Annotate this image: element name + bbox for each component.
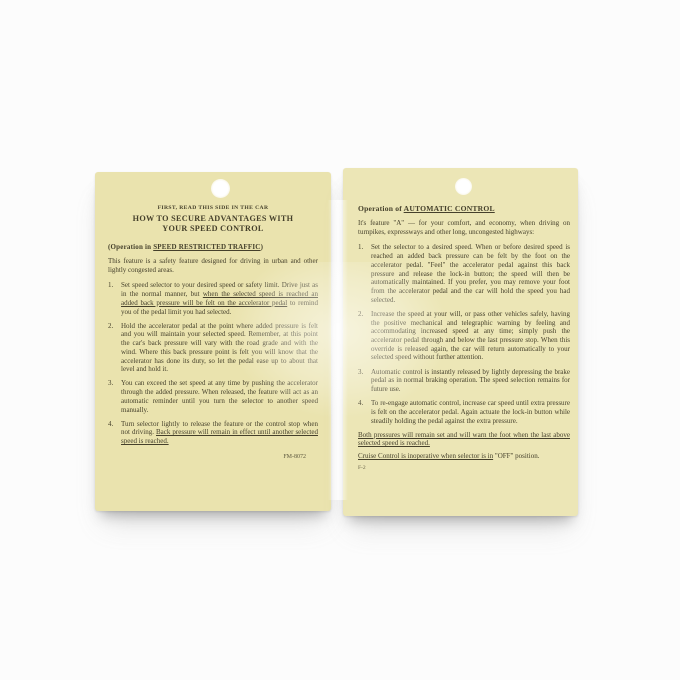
item-text-pre: To re-engage automatic control, increase… — [371, 399, 570, 424]
item-text: Increase the speed at your will, or pass… — [371, 310, 570, 362]
item-text: Turn selector lightly to release the fea… — [121, 420, 318, 446]
left-tag-title: HOW TO SECURE ADVANTAGES WITH YOUR SPEED… — [108, 214, 318, 234]
right-tag-content: Operation of AUTOMATIC CONTROL It's feat… — [343, 168, 578, 516]
right-title-caps: AUTOMATIC CONTROL — [404, 204, 495, 213]
list-item: 2. Increase the speed at your will, or p… — [358, 310, 570, 362]
item-text-pre: Hold the accelerator pedal at the point … — [121, 322, 318, 374]
list-item: 2. Hold the accelerator pedal at the poi… — [108, 322, 318, 374]
item-text: Set speed selector to your desired speed… — [121, 281, 318, 316]
item-number: 2. — [358, 310, 371, 362]
list-item: 3. You can exceed the set speed at any t… — [108, 379, 318, 414]
part-code: FM-8072 — [108, 454, 318, 460]
product-photo: FIRST, READ THIS SIDE IN THE CAR HOW TO … — [0, 0, 680, 680]
instruction-tag-left: FIRST, READ THIS SIDE IN THE CAR HOW TO … — [95, 172, 331, 511]
left-subtitle-suffix: ) — [261, 243, 264, 251]
item-number: 3. — [108, 379, 121, 414]
left-tag-top-line: FIRST, READ THIS SIDE IN THE CAR — [108, 205, 318, 211]
small-mark: F-2 — [358, 465, 570, 471]
item-text: Set the selector to a desired speed. Whe… — [371, 243, 570, 304]
item-number: 4. — [108, 420, 121, 446]
item-text-pre: Automatic control is instantly released … — [371, 368, 570, 393]
item-number: 1. — [358, 243, 371, 304]
item-text-pre: Increase the speed at your will, or pass… — [371, 310, 570, 362]
list-item: 1. Set speed selector to your desired sp… — [108, 281, 318, 316]
left-tag-list: 1. Set speed selector to your desired sp… — [108, 281, 318, 445]
item-text: To re-engage automatic control, increase… — [371, 399, 570, 425]
item-number: 4. — [358, 399, 371, 425]
note2-underlined: Cruise Control is inoperative when selec… — [358, 452, 493, 460]
right-tag-title: Operation of AUTOMATIC CONTROL — [358, 204, 570, 213]
left-tag-title-line1: HOW TO SECURE ADVANTAGES WITH — [108, 214, 318, 224]
left-tag-content: FIRST, READ THIS SIDE IN THE CAR HOW TO … — [95, 172, 331, 511]
item-text: Hold the accelerator pedal at the point … — [121, 322, 318, 374]
right-tag-intro: It's feature "A" — for your comfort, and… — [358, 219, 570, 236]
left-tag-title-line2: YOUR SPEED CONTROL — [108, 224, 318, 234]
right-title-prefix: Operation of — [358, 204, 404, 213]
item-number: 2. — [108, 322, 121, 374]
item-number: 3. — [358, 368, 371, 394]
item-text: You can exceed the set speed at any time… — [121, 379, 318, 414]
right-tag-note-1: Both pressures will remain set and will … — [358, 431, 570, 448]
item-text: Automatic control is instantly released … — [371, 368, 570, 394]
left-subtitle-caps: SPEED RESTRICTED TRAFFIC — [153, 243, 260, 251]
list-item: 3. Automatic control is instantly releas… — [358, 368, 570, 394]
instruction-tag-right: Operation of AUTOMATIC CONTROL It's feat… — [343, 168, 578, 516]
list-item: 4. To re-engage automatic control, incre… — [358, 399, 570, 425]
item-number: 1. — [108, 281, 121, 316]
left-subtitle-prefix: (Operation in — [108, 243, 153, 251]
right-tag-note-2: Cruise Control is inoperative when selec… — [358, 452, 570, 461]
right-tag-list: 1. Set the selector to a desired speed. … — [358, 243, 570, 425]
left-tag-intro: This feature is a safety feature designe… — [108, 257, 318, 274]
item-text-pre: Set the selector to a desired speed. Whe… — [371, 243, 570, 303]
note2-rest: "OFF" position. — [493, 452, 539, 460]
item-text-pre: You can exceed the set speed at any time… — [121, 379, 318, 413]
left-tag-subtitle: (Operation in SPEED RESTRICTED TRAFFIC) — [108, 243, 318, 251]
list-item: 4. Turn selector lightly to release the … — [108, 420, 318, 446]
list-item: 1. Set the selector to a desired speed. … — [358, 243, 570, 304]
